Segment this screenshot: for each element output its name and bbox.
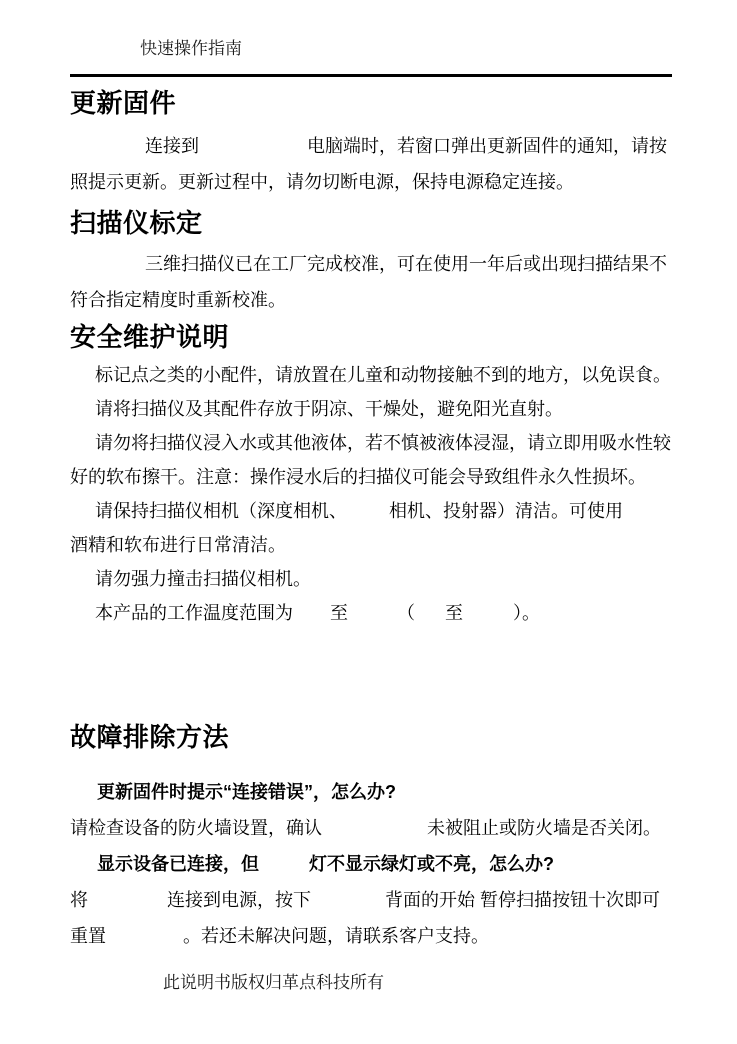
text-segment: 请保持扫描仪相机（深度相机、: [95, 501, 347, 521]
text-segment: 照提示更新。更新过程中，请勿切断电源，保持电源稳定连接。: [70, 172, 574, 192]
paragraph-line: 连接到电脑端时，若窗口弹出更新固件的通知，请按: [70, 128, 670, 164]
text-segment: 好的软布擦干。注意：操作浸水后的扫描仪可能会导致组件永久性损坏。: [70, 467, 646, 487]
text-segment: 连接到电源，按下: [167, 890, 311, 910]
text-segment: 将: [70, 890, 88, 910]
paragraph-line: 标记点之类的小配件，请放置在儿童和动物接触不到的地方，以免误食。: [70, 358, 670, 392]
redacted-gap: [106, 941, 183, 942]
redacted-gap: [347, 516, 389, 517]
text-segment: 连接到: [145, 136, 199, 156]
text-segment: 符合指定精度时重新校准。: [70, 290, 286, 310]
paragraph-line: 符合指定精度时重新校准。: [70, 282, 670, 318]
text-segment: 显示设备已连接，但: [97, 854, 259, 874]
footer-copyright: 此说明书版权归革点科技所有: [163, 972, 670, 994]
text-segment: 背面的开始 暂停扫描按钮十次即可: [385, 890, 660, 910]
paragraph-line: 照提示更新。更新过程中，请勿切断电源，保持电源稳定连接。: [70, 164, 670, 200]
paragraph-line: 请保持扫描仪相机（深度相机、相机、投射器）清洁。可使用: [70, 494, 670, 528]
text-segment: ）。: [513, 603, 540, 623]
text-segment: 三维扫描仪已在工厂完成校准，可在使用一年后或出现扫描结果不: [145, 254, 667, 274]
text-segment: 至: [330, 603, 348, 623]
redacted-gap: [88, 905, 167, 906]
paragraph-line: 好的软布擦干。注意：操作浸水后的扫描仪可能会导致组件永久性损坏。: [70, 460, 670, 494]
text-segment: 请将扫描仪及其配件存放于阴凉、干燥处，避免阳光直射。: [95, 399, 563, 419]
header-title: 快速操作指南: [140, 38, 670, 60]
section-heading-safety: 安全维护说明: [70, 322, 670, 352]
redacted-gap: [311, 905, 385, 906]
redacted-gap: [322, 833, 427, 834]
text-segment: 至: [445, 603, 463, 623]
text-segment: （: [397, 603, 415, 623]
text-segment: 灯不显示绿灯或不亮，怎么办?: [309, 854, 554, 874]
redacted-gap: [259, 869, 309, 870]
answer-line: 请检查设备的防火墙设置，确认未被阻止或防火墙是否关闭。: [70, 810, 670, 846]
paragraph-line: 请勿强力撞击扫描仪相机。: [70, 562, 670, 596]
text-segment: 更新固件时提示“连接错误”，怎么办?: [97, 782, 396, 802]
paragraph-line: 请勿将扫描仪浸入水或其他液体，若不慎被液体浸湿，请立即用吸水性较: [70, 426, 670, 460]
paragraph-line: 请将扫描仪及其配件存放于阴凉、干燥处，避免阳光直射。: [70, 392, 670, 426]
question-line: 更新固件时提示“连接错误”，怎么办?: [70, 774, 670, 810]
document-page: 快速操作指南 更新固件 连接到电脑端时，若窗口弹出更新固件的通知，请按 照提示更…: [0, 0, 737, 1044]
text-segment: 相机、投射器）清洁。可使用: [389, 501, 623, 521]
redacted-gap: [463, 618, 513, 619]
paragraph-line: 本产品的工作温度范围为至（至）。: [70, 596, 670, 630]
paragraph-line: 三维扫描仪已在工厂完成校准，可在使用一年后或出现扫描结果不: [70, 246, 670, 282]
text-segment: 未被阻止或防火墙是否关闭。: [427, 818, 661, 838]
answer-line: 重置。若还未解决问题，请联系客户支持。: [70, 918, 670, 954]
answer-line: 将连接到电源，按下背面的开始 暂停扫描按钮十次即可: [70, 882, 670, 918]
text-segment: 本产品的工作温度范围为: [95, 603, 293, 623]
redacted-gap: [199, 151, 307, 152]
text-segment: 酒精和软布进行日常清洁。: [70, 535, 286, 555]
redacted-gap: [293, 618, 330, 619]
header-divider-rule: [70, 74, 672, 77]
section-heading-firmware: 更新固件: [70, 88, 670, 118]
redacted-gap: [348, 618, 397, 619]
paragraph-line: 酒精和软布进行日常清洁。: [70, 528, 670, 562]
section-heading-troubleshooting: 故障排除方法: [70, 722, 670, 752]
text-segment: 。若还未解决问题，请联系客户支持。: [183, 926, 489, 946]
text-segment: 请检查设备的防火墙设置，确认: [70, 818, 322, 838]
text-segment: 电脑端时，若窗口弹出更新固件的通知，请按: [307, 136, 667, 156]
text-segment: 请勿强力撞击扫描仪相机。: [95, 569, 311, 589]
redacted-gap: [415, 618, 445, 619]
text-segment: 重置: [70, 926, 106, 946]
text-segment: 请勿将扫描仪浸入水或其他液体，若不慎被液体浸湿，请立即用吸水性较: [95, 433, 671, 453]
question-line: 显示设备已连接，但灯不显示绿灯或不亮，怎么办?: [70, 846, 670, 882]
text-segment: 标记点之类的小配件，请放置在儿童和动物接触不到的地方，以免误食。: [95, 365, 671, 385]
section-heading-calibration: 扫描仪标定: [70, 208, 670, 238]
